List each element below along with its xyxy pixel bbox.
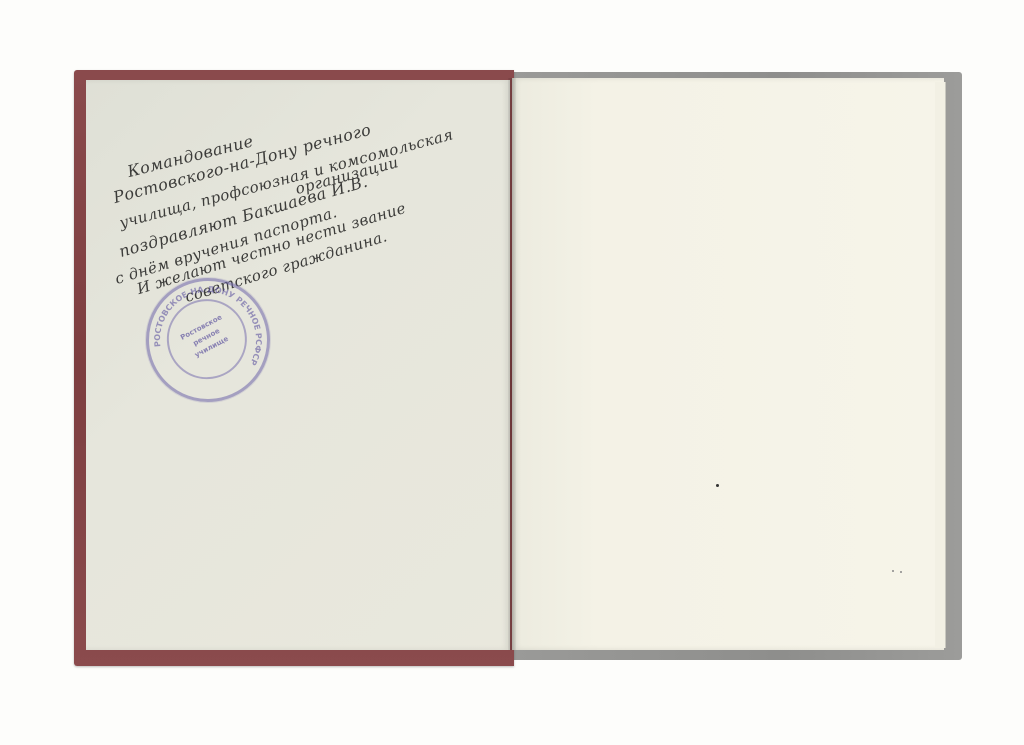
official-stamp: РОСТОВСКОЕ-НА-ДОНУ РЕЧНОЕ РСФСР Ростовск… <box>138 270 278 410</box>
right-page-edge <box>935 82 946 648</box>
paper-speck <box>892 570 894 572</box>
paper-speck <box>716 484 719 487</box>
stamp-center-text: Ростовское речное училище <box>165 305 248 370</box>
handwritten-inscription: Командование Ростовского-на-Дону речного… <box>110 110 510 310</box>
paper-speck <box>900 571 902 573</box>
right-page <box>512 78 944 650</box>
open-booklet: Командование Ростовского-на-Дону речного… <box>0 0 1024 745</box>
